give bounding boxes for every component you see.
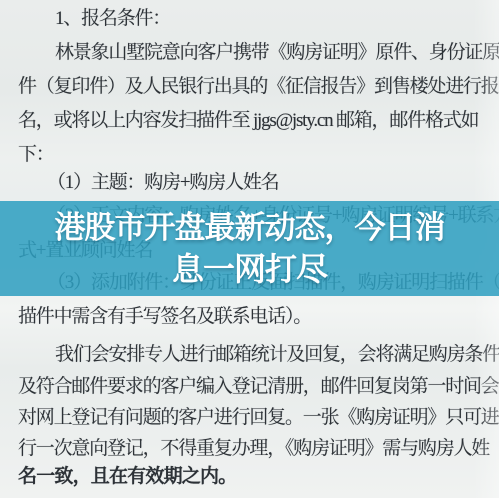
document-line: 及符合邮件要求的客户编入登记清册，邮件回复岗第一时间会 [18, 374, 499, 400]
document-line: 行一次意向登记，不得重复办理，《购房证明》需与购房人姓 [18, 436, 489, 462]
document-line: 对网上登记有问题的客户进行回复。一张《购房证明》只可进 [18, 405, 499, 431]
document-line: 我们会安排专人进行邮箱统计及回复，会将满足购房条件 [55, 342, 499, 368]
document-line: 名一致，且在有效期之内。 [18, 464, 236, 490]
document-photo: 1、报名条件： 林景象山墅院意向客户携带《购房证明》原件、身份证原 件（复印件）… [0, 0, 499, 498]
document-line: 1、报名条件： [55, 6, 170, 32]
document-line: （1）主题：购房+购房人姓名 [47, 170, 278, 196]
news-banner-title-line1: 港股市开盘最新动态，今日消 [55, 207, 445, 248]
document-line: 林景象山墅院意向客户携带《购房证明》原件、身份证原 [55, 40, 499, 66]
document-line: 描件中需含有手写签名及联系电话）。 [18, 304, 311, 330]
news-banner: 港股市开盘最新动态，今日消 息一网打尽 [0, 201, 499, 296]
document-line: 名，或将以上内容发扫描件至 jjgs@jsty.cn 邮箱，邮件格式如 [18, 108, 478, 134]
news-banner-title-line2: 息一网打尽 [172, 248, 327, 290]
document-line: 件（复印件）及人民银行出具的《征信报告》到售楼处进行报 [18, 74, 499, 100]
document-line: 下： [18, 142, 54, 168]
